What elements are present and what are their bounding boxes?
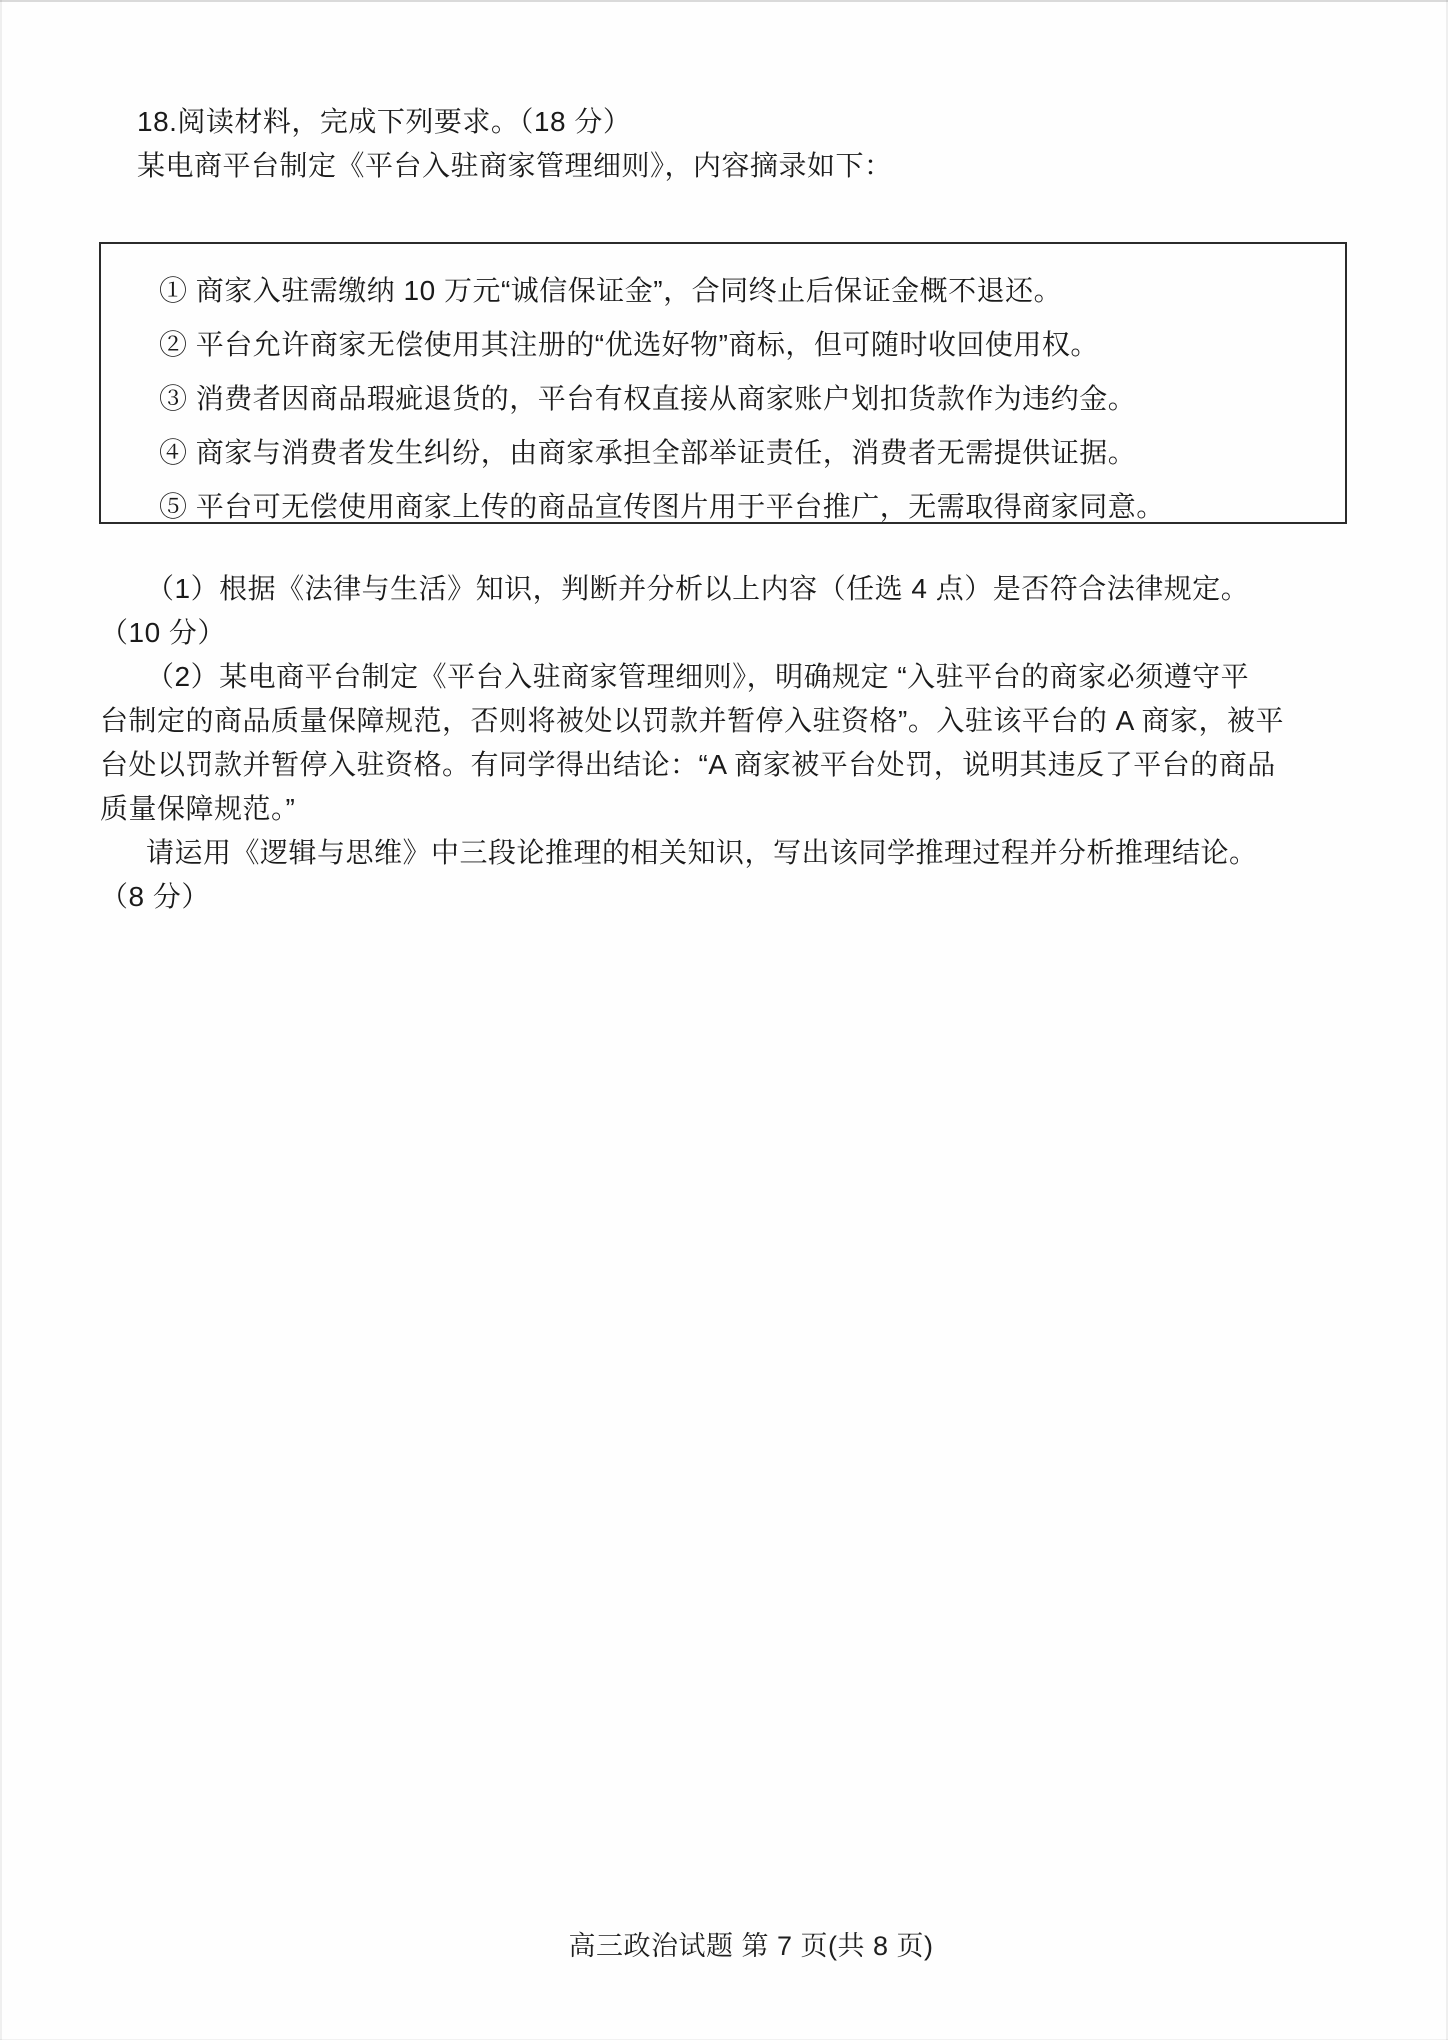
page-footer: 高三政治试题 第 7 页(共 8 页) — [0, 1928, 1448, 1964]
question-2-line-2: 台制定的商品质量保障规范，否则将被处以罚款并暂停入驻资格”。入驻该平台的 A 商… — [100, 699, 1350, 743]
question-2-line-3: 台处以罚款并暂停入驻资格。有同学得出结论：“A 商家被平台处罚，说明其违反了平台… — [100, 743, 1350, 787]
question-1: （1）根据《法律与生活》知识，判断并分析以上内容（任选 4 点）是否符合法律规定… — [100, 567, 1350, 655]
rule-item-5: ⑤ 平台可无偿使用商家上传的商品宣传图片用于平台推广，无需取得商家同意。 — [159, 480, 1329, 534]
question-2-line-1: （2）某电商平台制定《平台入驻商家管理细则》，明确规定 “入驻平台的商家必须遵守… — [100, 655, 1350, 699]
question-2: （2）某电商平台制定《平台入驻商家管理细则》，明确规定 “入驻平台的商家必须遵守… — [100, 655, 1350, 831]
question-2-task-line-2: （8 分） — [100, 875, 1350, 919]
question-18-header: 18.阅读材料，完成下列要求。（18 分） — [137, 100, 893, 144]
rule-item-3: ③ 消费者因商品瑕疵退货的，平台有权直接从商家账户划扣货款作为违约金。 — [159, 372, 1329, 426]
question-18-block: 18.阅读材料，完成下列要求。（18 分） 某电商平台制定《平台入驻商家管理细则… — [137, 100, 893, 188]
question-2-line-4: 质量保障规范。” — [100, 787, 1350, 831]
question-2-task: 请运用《逻辑与思维》中三段论推理的相关知识，写出该同学推理过程并分析推理结论。 … — [100, 831, 1350, 919]
exam-page: 18.阅读材料，完成下列要求。（18 分） 某电商平台制定《平台入驻商家管理细则… — [0, 0, 1448, 2040]
rule-item-1: ① 商家入驻需缴纳 10 万元“诚信保证金”，合同终止后保证金概不退还。 — [159, 264, 1329, 318]
question-2-task-line-1: 请运用《逻辑与思维》中三段论推理的相关知识，写出该同学推理过程并分析推理结论。 — [100, 831, 1350, 875]
question-1-line-1: （1）根据《法律与生活》知识，判断并分析以上内容（任选 4 点）是否符合法律规定… — [100, 567, 1350, 611]
question-18-intro: 某电商平台制定《平台入驻商家管理细则》，内容摘录如下： — [137, 144, 893, 188]
rules-excerpt-box: ① 商家入驻需缴纳 10 万元“诚信保证金”，合同终止后保证金概不退还。 ② 平… — [99, 242, 1347, 524]
question-1-line-2: （10 分） — [100, 611, 1350, 655]
rule-item-4: ④ 商家与消费者发生纠纷，由商家承担全部举证责任，消费者无需提供证据。 — [159, 426, 1329, 480]
rule-item-2: ② 平台允许商家无偿使用其注册的“优选好物”商标，但可随时收回使用权。 — [159, 318, 1329, 372]
page-footer-text: 高三政治试题 第 7 页(共 8 页) — [568, 1931, 933, 1961]
